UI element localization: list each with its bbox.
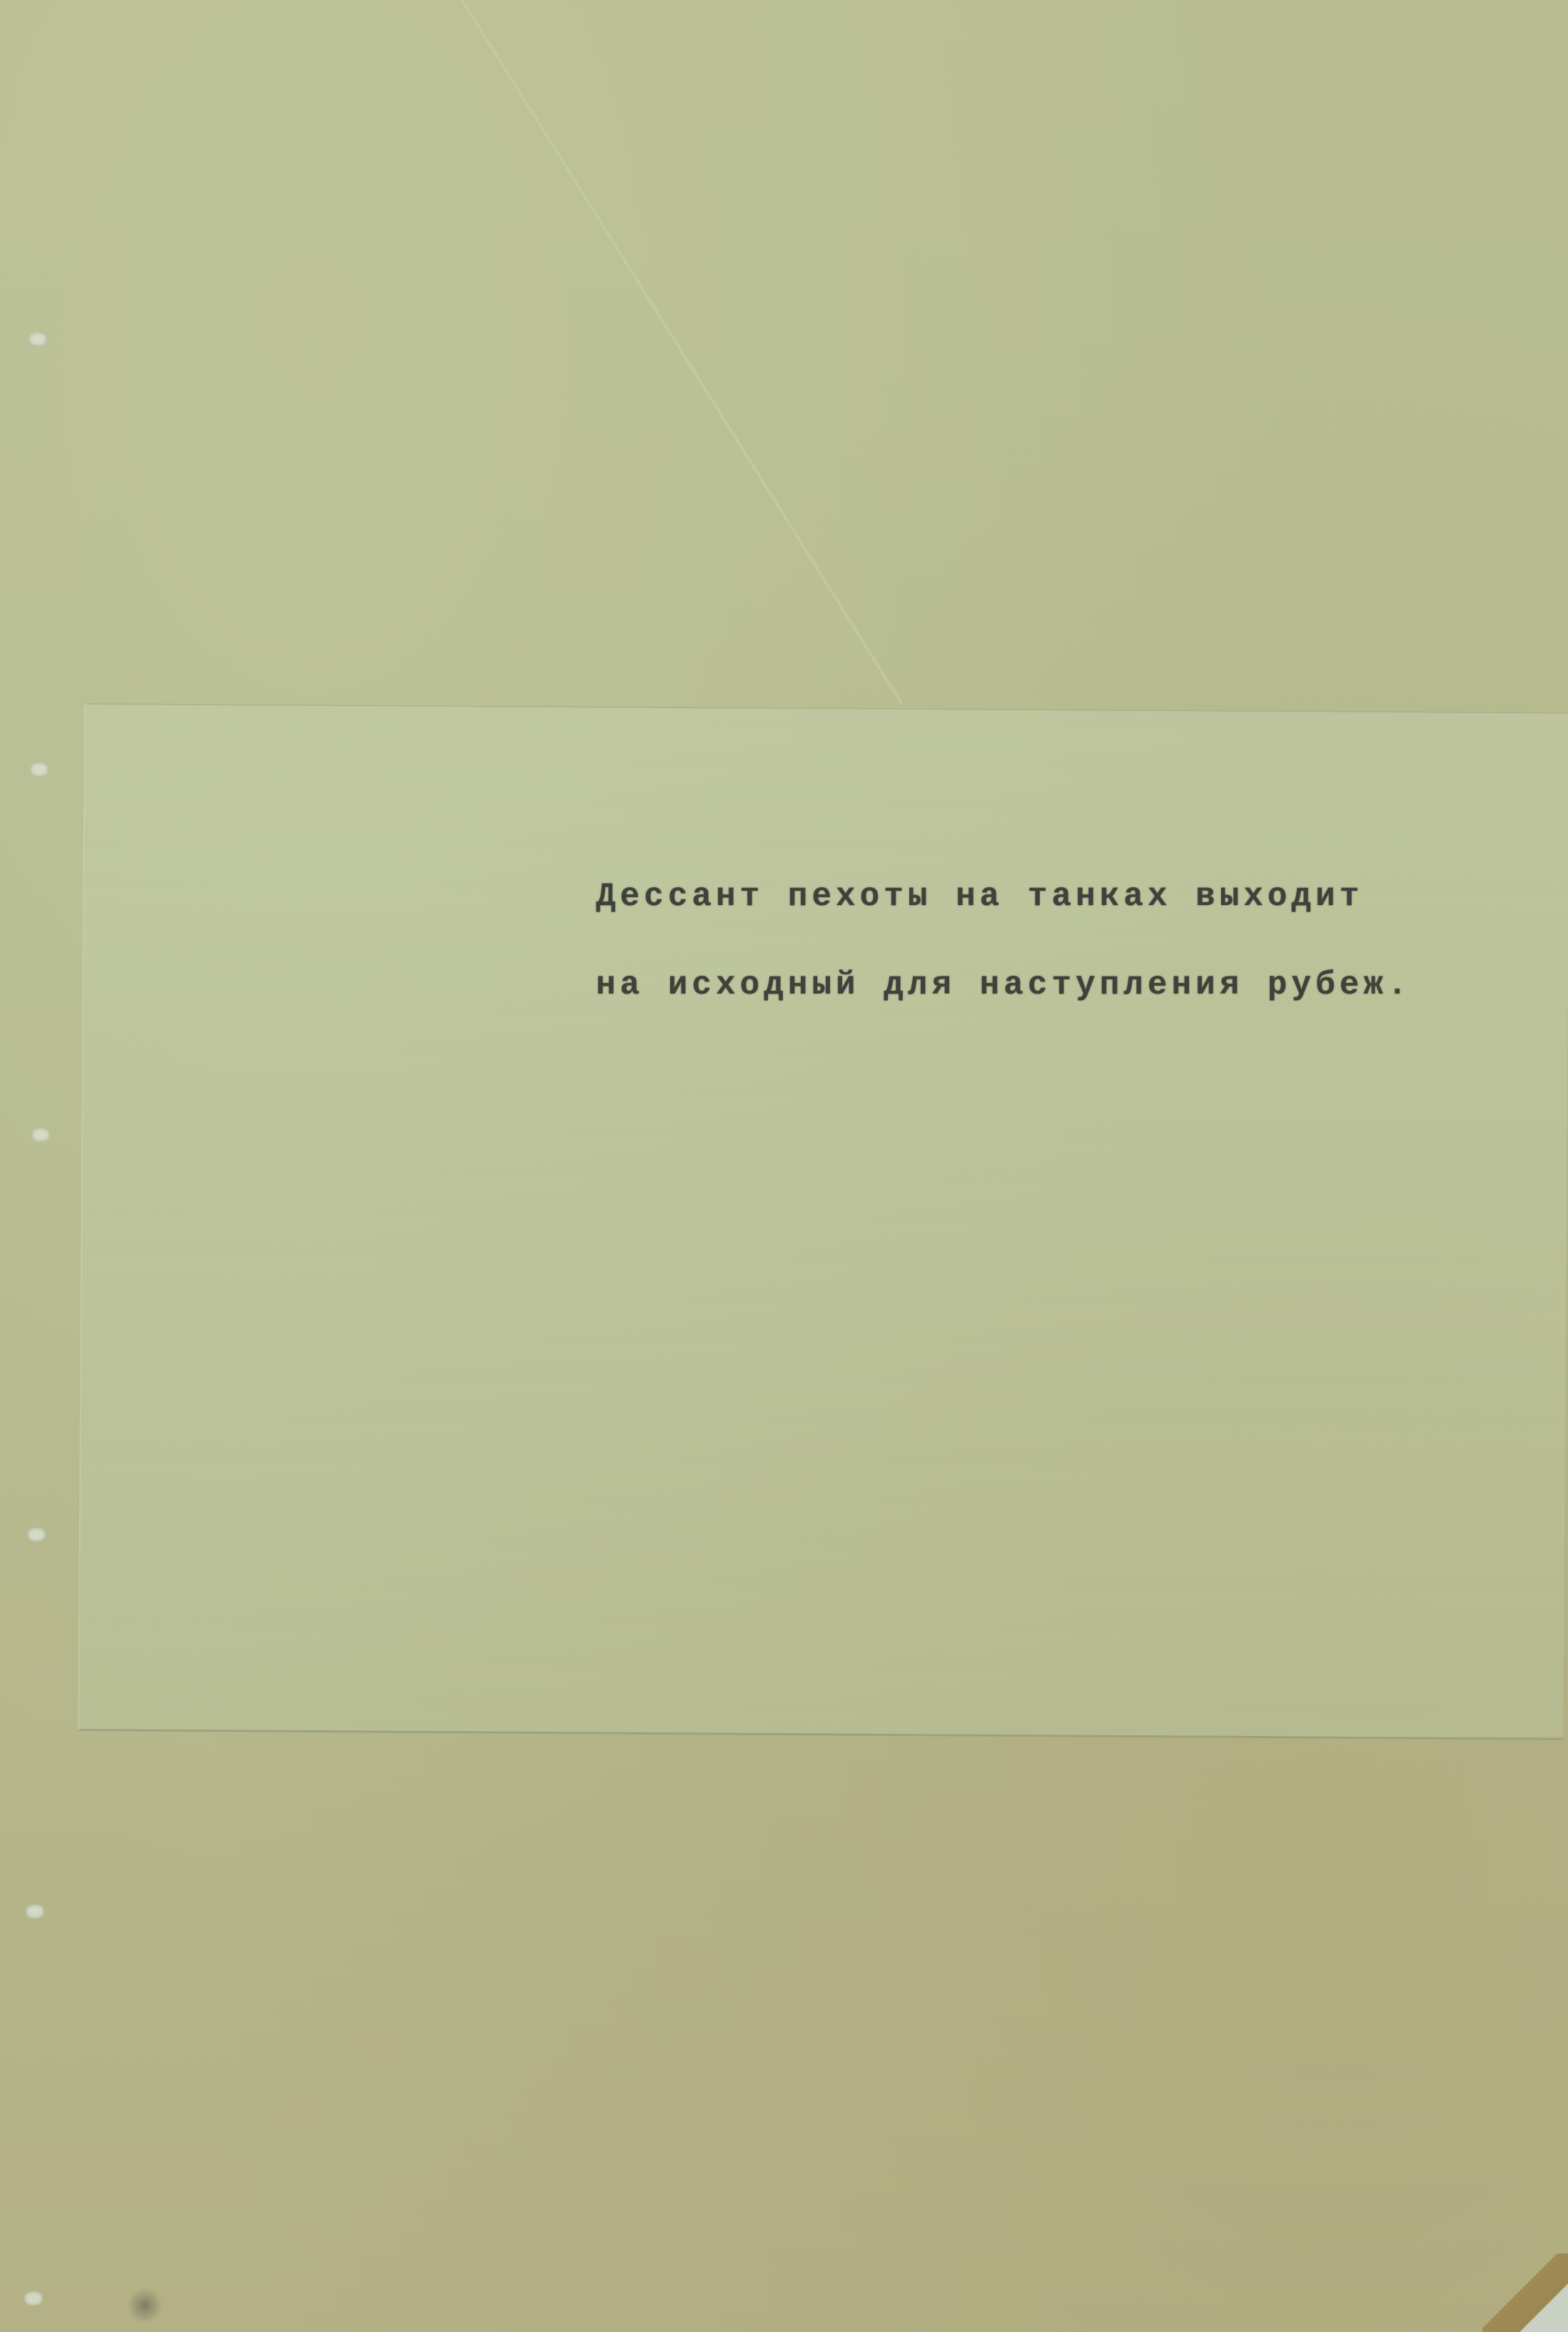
punch-hole-icon — [29, 332, 47, 346]
paper-crease — [371, 0, 903, 705]
punch-hole-icon — [30, 762, 49, 777]
caption-line-1: Дессант пехоты на танках выходит — [596, 878, 1412, 915]
paper-sheet: Дессант пехоты на танках выходит на исхо… — [0, 0, 1568, 2332]
punch-hole-icon — [26, 1904, 44, 1919]
punch-hole-icon — [24, 2291, 43, 2306]
punch-hole-icon — [31, 1128, 50, 1142]
punch-hole-icon — [27, 1528, 46, 1542]
tissue-overlay — [78, 703, 1568, 1740]
ink-stain — [127, 2288, 163, 2323]
corner-fold — [1482, 2253, 1568, 2332]
caption-line-2: на исходный для наступления рубеж. — [596, 966, 1412, 1004]
typed-caption: Дессант пехоты на танках выходит на исхо… — [596, 878, 1412, 1004]
